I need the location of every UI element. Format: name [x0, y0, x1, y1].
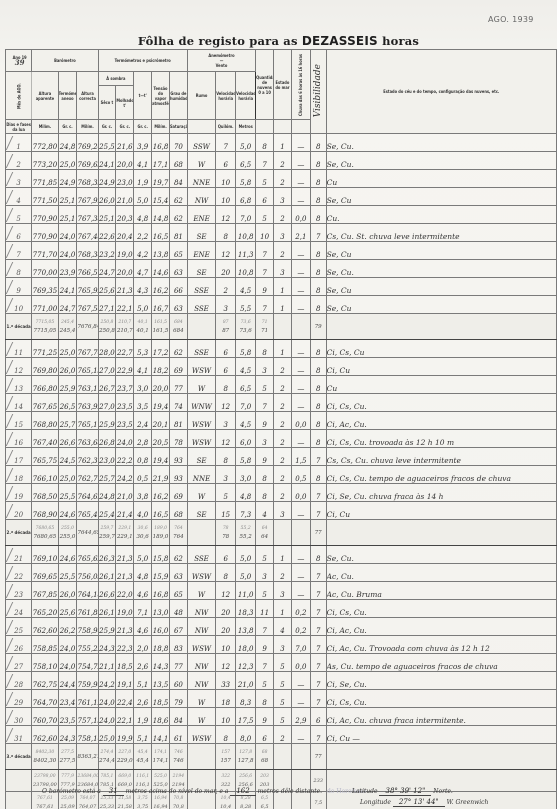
cell-tensao: 16,8 [152, 134, 170, 152]
cell-alt_corr: 768,34 [77, 242, 98, 260]
speed2-header: Velocidade horária [236, 72, 256, 120]
cell-rumo: SSE [187, 296, 215, 314]
table-row: 16767,4026,6763,6826,824,02,820,578WSW12… [6, 430, 557, 448]
cell-alt_ap: 770,90 [32, 206, 58, 224]
summary-vis: 77 [310, 744, 326, 770]
cell-nuv: 7 [256, 654, 274, 672]
cell-rumo: WSW [187, 430, 215, 448]
summary-alt_corr: 8363,21 [77, 744, 98, 770]
cell-tensao: 20,5 [152, 430, 170, 448]
cell-hum: 77 [169, 376, 187, 394]
cell-nuv: 6 [256, 726, 274, 744]
table-row: 7771,7024,0768,3423,219,04,213,865ENE121… [6, 242, 557, 260]
cell-alt_corr: 758,16 [77, 726, 98, 744]
cell-hum: 60 [169, 672, 187, 690]
cell-alt_corr: 756,03 [77, 564, 98, 582]
cell-vel1: 3 [216, 466, 236, 484]
day-number: 20 [6, 502, 32, 520]
cell-alt_ap: 766,10 [32, 466, 58, 484]
cell-vel2: 11,0 [236, 582, 256, 600]
cell-nuv: 5 [256, 672, 274, 690]
cell-alt_corr: 765,41 [77, 502, 98, 520]
cell-vel2: 6,5 [236, 152, 256, 170]
summary-hum: 746746 [169, 744, 187, 770]
cell-nuv: 10 [256, 224, 274, 242]
cell-seco: 25,9 [98, 412, 116, 430]
cell-mar: 2 [274, 394, 292, 412]
summary-rumo [187, 520, 215, 546]
cell-tensao: 19,4 [152, 448, 170, 466]
cell-vis: 8 [310, 260, 326, 278]
cell-term: 25,5 [58, 564, 77, 582]
cell-molh: 22,9 [116, 358, 134, 376]
cell-vel2: 4,5 [236, 278, 256, 296]
cell-vis: 8 [310, 430, 326, 448]
cell-molh: 22,1 [116, 708, 134, 726]
cell-vis: 7 [310, 690, 326, 708]
cell-hum: 79 [169, 690, 187, 708]
cell-seco: 24,2 [98, 672, 116, 690]
sky-observation: Se, Cu [326, 188, 556, 206]
cell-tensao: 16,5 [152, 224, 170, 242]
corrected-height-header: Altura correcta [77, 72, 98, 120]
cell-term: 24,5 [58, 448, 77, 466]
cell-vis: 7 [310, 564, 326, 582]
cell-hum: 65 [169, 242, 187, 260]
cell-nuv: 9 [256, 448, 274, 466]
cell-diff: 3,9 [134, 134, 152, 152]
decade-summary-row: 1.ª década7715,057715,05245,4245,47676,8… [6, 314, 557, 340]
cell-term: 24,0 [58, 636, 77, 654]
summary-nuv: 6464 [256, 520, 274, 546]
cell-hum: 65 [169, 582, 187, 600]
cell-vel2: 18,0 [236, 636, 256, 654]
cell-seco: 23,2 [98, 242, 116, 260]
sky-observation: Cu [326, 170, 556, 188]
cell-rumo: SE [187, 224, 215, 242]
cell-rumo: W [187, 152, 215, 170]
cell-diff: 1,9 [134, 170, 152, 188]
cell-chuva: — [291, 358, 310, 376]
cell-vel2: 7,3 [236, 502, 256, 520]
cell-mar: 2 [274, 206, 292, 224]
cell-diff: 2,6 [134, 690, 152, 708]
cell-mar: 2 [274, 726, 292, 744]
cell-hum: 63 [169, 260, 187, 278]
sky-observation: Ci, Cu — [326, 726, 556, 744]
sky-observation: Se, Cu [326, 278, 556, 296]
cell-molh: 22,2 [116, 448, 134, 466]
sky-observation: Se, Cu. [326, 260, 556, 278]
cell-vis: 7 [310, 448, 326, 466]
cell-chuva: — [291, 188, 310, 206]
day-number: 13 [6, 376, 32, 394]
table-row: 1772,8024,8769,2625,521,63,916,870SSW75,… [6, 134, 557, 152]
cell-vel2: 18,3 [236, 600, 256, 618]
table-row: 9769,3524,1765,9225,621,34,316,266SSE24,… [6, 278, 557, 296]
cell-alt_ap: 771,50 [32, 188, 58, 206]
sky-observation: Ci, Se, Cu. chuva fraca às 14 h [326, 484, 556, 502]
cell-chuva: 1,5 [291, 448, 310, 466]
day-number: 9 [6, 278, 32, 296]
cell-term: 26,5 [58, 394, 77, 412]
day-number: 15 [6, 412, 32, 430]
table-row: 17765,7524,5762,3123,022,20,819,493SE85,… [6, 448, 557, 466]
cell-chuva: 0,0 [291, 412, 310, 430]
cell-vel2: 21,0 [236, 672, 256, 690]
summary-rumo [187, 314, 215, 340]
cell-rumo: SSE [187, 546, 215, 564]
cell-alt_ap: 768,80 [32, 412, 58, 430]
cell-mar: 4 [274, 618, 292, 636]
cell-chuva: — [291, 546, 310, 564]
cell-seco: 25,1 [98, 206, 116, 224]
cell-mar: 1 [274, 546, 292, 564]
cell-vel2: 5,0 [236, 546, 256, 564]
cell-seco: 24,8 [98, 484, 116, 502]
cell-alt_corr: 762,31 [77, 448, 98, 466]
cell-seco: 25,6 [98, 278, 116, 296]
cell-term: 24,0 [58, 224, 77, 242]
day-number: 23 [6, 582, 32, 600]
table-row: 31762,6024,3758,1625,019,95,114,161WSW88… [6, 726, 557, 744]
cell-hum: 63 [169, 564, 187, 582]
cell-vel2: 7,0 [236, 206, 256, 224]
cell-mar: 2 [274, 430, 292, 448]
summary-molh: 229,1229,1 [116, 520, 134, 546]
cell-chuva: — [291, 278, 310, 296]
cell-diff: 4,1 [134, 152, 152, 170]
cell-vel2: 4,5 [236, 358, 256, 376]
summary-diff: 45,445,4 [134, 744, 152, 770]
cell-alt_corr: 764,18 [77, 582, 98, 600]
cell-seco: 21,1 [98, 654, 116, 672]
sky-observation: Ci, Se, Cu. [326, 672, 556, 690]
cell-molh: 22,1 [116, 296, 134, 314]
decade-summary-row: 3.ª década8402,308402,30277,5277,58363,2… [6, 744, 557, 770]
cell-mar: 2 [274, 376, 292, 394]
cell-tensao: 20,0 [152, 376, 170, 394]
summary-nuv: 6868 [256, 744, 274, 770]
day-number: 5 [6, 206, 32, 224]
cell-vel2: 3,0 [236, 466, 256, 484]
decade-label: 3.ª década [6, 744, 32, 770]
cell-hum: 84 [169, 708, 187, 726]
cell-chuva: — [291, 134, 310, 152]
cell-chuva: — [291, 340, 310, 358]
cell-alt_ap: 767,85 [32, 582, 58, 600]
cell-vel2: 12,3 [236, 654, 256, 672]
day-number: 8 [6, 260, 32, 278]
table-row: 26758,8524,0755,2224,322,32,018,883WSW10… [6, 636, 557, 654]
cell-molh: 21,3 [116, 278, 134, 296]
cell-hum: 69 [169, 484, 187, 502]
cell-nuv: 11 [256, 600, 274, 618]
cell-diff: 5,1 [134, 726, 152, 744]
cell-alt_ap: 764,70 [32, 690, 58, 708]
day-number: 26 [6, 636, 32, 654]
cell-vis: 7 [310, 484, 326, 502]
table-row: 30760,7023,5757,1324,022,11,918,684W1017… [6, 708, 557, 726]
cell-seco: 26,3 [98, 546, 116, 564]
cell-seco: 27,1 [98, 296, 116, 314]
cell-chuva: 7,0 [291, 636, 310, 654]
year-cell: Ano 19 39 [6, 50, 32, 72]
sky-observation: Ci, Cs, Cu. [326, 394, 556, 412]
cell-alt_corr: 763,17 [77, 376, 98, 394]
cell-chuva: — [291, 672, 310, 690]
cell-alt_corr: 767,50 [77, 296, 98, 314]
cell-nuv: 9 [256, 278, 274, 296]
summary-term: 255,0255,0 [58, 520, 77, 546]
cell-vis: 7 [310, 618, 326, 636]
cell-hum: 66 [169, 278, 187, 296]
sky-observation: Se, Cu [326, 296, 556, 314]
cell-vel1: 20 [216, 600, 236, 618]
cell-tensao: 18,2 [152, 358, 170, 376]
cell-alt_corr: 754,72 [77, 654, 98, 672]
cell-seco: 25,7 [98, 466, 116, 484]
cell-mar: 1 [274, 600, 292, 618]
summary-seco: 274,4274,4 [98, 744, 116, 770]
thermometer-header: Termómetros e psicrómetro [98, 50, 187, 72]
diff-header: t—t' [134, 72, 152, 120]
day-number: 29 [6, 690, 32, 708]
day-number: 31 [6, 726, 32, 744]
cell-vel1: 12 [216, 654, 236, 672]
cell-molh: 23,5 [116, 412, 134, 430]
cell-hum: 62 [169, 206, 187, 224]
cell-tensao: 18,6 [152, 708, 170, 726]
sky-observation: Ci, Ac, Cu. Trovoada com chuva às 12 h 1… [326, 636, 556, 654]
cell-vis: 8 [310, 296, 326, 314]
cell-mar: 2 [274, 358, 292, 376]
cell-alt_corr: 764,69 [77, 484, 98, 502]
cell-mar: 5 [274, 690, 292, 708]
table-row: 12769,8026,0765,1327,022,94,118,269WSW64… [6, 358, 557, 376]
cell-rumo: W [187, 484, 215, 502]
table-row: 11771,2525,0767,7028,022,75,317,262SSE65… [6, 340, 557, 358]
day-number: 11 [6, 340, 32, 358]
cell-seco: 24,3 [98, 636, 116, 654]
cell-nuv: 9 [256, 636, 274, 654]
cell-vel1: 8 [216, 448, 236, 466]
cell-diff: 5,0 [134, 188, 152, 206]
cell-term: 24,3 [58, 726, 77, 744]
cell-vis: 8 [310, 170, 326, 188]
rain-header: Chuva das 6 horas às 16 horas [291, 50, 310, 120]
sky-observation: Ci, Cs, Cu. [326, 690, 556, 708]
sea-state-header: Estado do mar [274, 50, 292, 120]
cell-rumo: SE [187, 502, 215, 520]
cell-vis: 8 [310, 340, 326, 358]
summary-diff: 30,630,6 [134, 520, 152, 546]
cell-diff: 5,0 [134, 296, 152, 314]
day-number: 18 [6, 466, 32, 484]
cell-vel2: 11,3 [236, 242, 256, 260]
cell-vel1: 12 [216, 394, 236, 412]
cell-molh: 19,0 [116, 600, 134, 618]
cell-mar: 2 [274, 448, 292, 466]
cell-alt_ap: 760,70 [32, 708, 58, 726]
table-row: 8770,0023,9766,5724,720,04,714,663SE2010… [6, 260, 557, 278]
cell-hum: 70 [169, 134, 187, 152]
cell-vis: 7 [310, 224, 326, 242]
cell-seco: 27,0 [98, 394, 116, 412]
cell-tensao: 14,8 [152, 206, 170, 224]
latitude: Latitude 38° 39' 12" Norte. [352, 787, 453, 795]
cell-nuv: 7 [256, 260, 274, 278]
cell-tensao: 14,6 [152, 260, 170, 278]
cell-vel2: 13,8 [236, 618, 256, 636]
cell-vel2: 10,8 [236, 224, 256, 242]
cell-vel1: 10 [216, 708, 236, 726]
cell-diff: 4,0 [134, 502, 152, 520]
summary-mar [274, 520, 292, 546]
cell-molh: 22,0 [116, 582, 134, 600]
cell-nuv: 6 [256, 188, 274, 206]
cell-rumo: W [187, 582, 215, 600]
cell-tensao: 14,3 [152, 654, 170, 672]
cell-hum: 68 [169, 502, 187, 520]
cell-alt_corr: 763,68 [77, 430, 98, 448]
cell-term: 26,2 [58, 618, 77, 636]
cell-alt_ap: 758,85 [32, 636, 58, 654]
cell-nuv: 5 [256, 376, 274, 394]
cell-diff: 5,1 [134, 672, 152, 690]
cell-rumo: W [187, 690, 215, 708]
cell-term: 25,0 [58, 466, 77, 484]
totals-label [6, 770, 32, 792]
cell-vis: 8 [310, 242, 326, 260]
summary-mar [274, 744, 292, 770]
cell-alt_corr: 755,22 [77, 636, 98, 654]
cell-vel2: 10,8 [236, 260, 256, 278]
cell-vel1: 2 [216, 278, 236, 296]
page-title: Fôlha de registo para as DEZASSEIS horas [0, 34, 557, 48]
cell-alt_ap: 767,40 [32, 430, 58, 448]
cell-vis: 8 [310, 376, 326, 394]
cell-rumo: WSW [187, 358, 215, 376]
cell-nuv: 8 [256, 466, 274, 484]
table-row: 18766,1025,0762,7725,724,20,521,993NNE33… [6, 466, 557, 484]
cell-nuv: 7 [256, 618, 274, 636]
cell-vis: 8 [310, 546, 326, 564]
register-sheet: AGO. 1939 Fôlha de registo para as DEZAS… [0, 0, 557, 809]
summary-term: 245,4245,4 [58, 314, 77, 340]
cell-alt_corr: 769,63 [77, 152, 98, 170]
summary-alt_corr: 7644,65 [77, 520, 98, 546]
cell-alt_ap: 766,80 [32, 376, 58, 394]
cell-alt_ap: 762,60 [32, 618, 58, 636]
summary-mar [274, 314, 292, 340]
summary-rumo [187, 744, 215, 770]
cell-molh: 22,3 [116, 636, 134, 654]
cell-vis: 7 [310, 636, 326, 654]
cell-molh: 20,0 [116, 152, 134, 170]
cell-vel2: 6,8 [236, 188, 256, 206]
cell-term: 24,9 [58, 170, 77, 188]
day-number: 16 [6, 430, 32, 448]
day-number: 28 [6, 672, 32, 690]
cell-nuv: 8 [256, 484, 274, 502]
cell-vel1: 8 [216, 726, 236, 744]
cell-rumo: ENE [187, 242, 215, 260]
cell-alt_ap: 771,85 [32, 170, 58, 188]
vapor-tension-header: Tensão do vapor atmosférico [152, 72, 170, 120]
cell-vel1: 8 [216, 376, 236, 394]
cell-molh: 24,0 [116, 430, 134, 448]
cell-alt_corr: 765,13 [77, 358, 98, 376]
cell-rumo: WSW [187, 412, 215, 430]
cell-rumo: WSW [187, 726, 215, 744]
cell-mar: 2 [274, 564, 292, 582]
cell-chuva: 0,2 [291, 600, 310, 618]
cell-term: 24,4 [58, 672, 77, 690]
cell-rumo: SSE [187, 278, 215, 296]
cell-alt_corr: 761,12 [77, 690, 98, 708]
cell-mar: 2 [274, 466, 292, 484]
cell-molh: 22,4 [116, 690, 134, 708]
barometer-header: Barómetro [32, 50, 98, 72]
cell-tensao: 13,8 [152, 242, 170, 260]
cell-mar: 2 [274, 412, 292, 430]
cell-tensao: 16,8 [152, 582, 170, 600]
summary-alt_ap: 8402,308402,30 [32, 744, 58, 770]
cell-term: 25,6 [58, 600, 77, 618]
cell-molh: 19,9 [116, 726, 134, 744]
cell-seco: 27,0 [98, 358, 116, 376]
cell-hum: 48 [169, 600, 187, 618]
cell-rumo: SSE [187, 340, 215, 358]
cell-term: 26,0 [58, 582, 77, 600]
date-stamp: AGO. 1939 [488, 15, 534, 24]
day-number: 17 [6, 448, 32, 466]
cell-mar: 3 [274, 224, 292, 242]
cell-hum: 84 [169, 170, 187, 188]
cell-vis: 8 [310, 278, 326, 296]
cell-alt_corr: 766,57 [77, 260, 98, 278]
cell-vel1: 10 [216, 170, 236, 188]
cell-vel1: 10 [216, 188, 236, 206]
cell-rumo: WNW [187, 394, 215, 412]
sky-observation: Ci, Cs, Cu. tempo de aguaceiros fracos d… [326, 466, 556, 484]
sky-observation: Cs, Cu. St. chuva leve intermitente [326, 224, 556, 242]
cell-vel1: 7 [216, 134, 236, 152]
cell-vel1: 12 [216, 206, 236, 224]
cell-mar: 3 [274, 582, 292, 600]
cell-vel1: 12 [216, 582, 236, 600]
summary-vis: 79 [310, 314, 326, 340]
cell-chuva: 2,9 [291, 708, 310, 726]
cell-tensao: 13,0 [152, 600, 170, 618]
day-number: 19 [6, 484, 32, 502]
cell-alt_ap: 771,00 [32, 296, 58, 314]
sky-observation: Ci, Ac, Cu. [326, 412, 556, 430]
cell-alt_corr: 767,48 [77, 224, 98, 242]
cell-hum: 81 [169, 224, 187, 242]
cell-vel2: 17,5 [236, 708, 256, 726]
table-row: 4771,5025,1767,9926,021,05,015,462NW106,… [6, 188, 557, 206]
sky-observation: Se, Cu. [326, 152, 556, 170]
summary-alt_corr: 7676,84 [77, 314, 98, 340]
decade-label: 1.ª década [6, 314, 32, 340]
cell-mar: 3 [274, 188, 292, 206]
summary-seco: 259,7259,7 [98, 520, 116, 546]
cell-hum: 83 [169, 636, 187, 654]
cell-seco: 26,7 [98, 376, 116, 394]
cell-vel1: 6 [216, 152, 236, 170]
